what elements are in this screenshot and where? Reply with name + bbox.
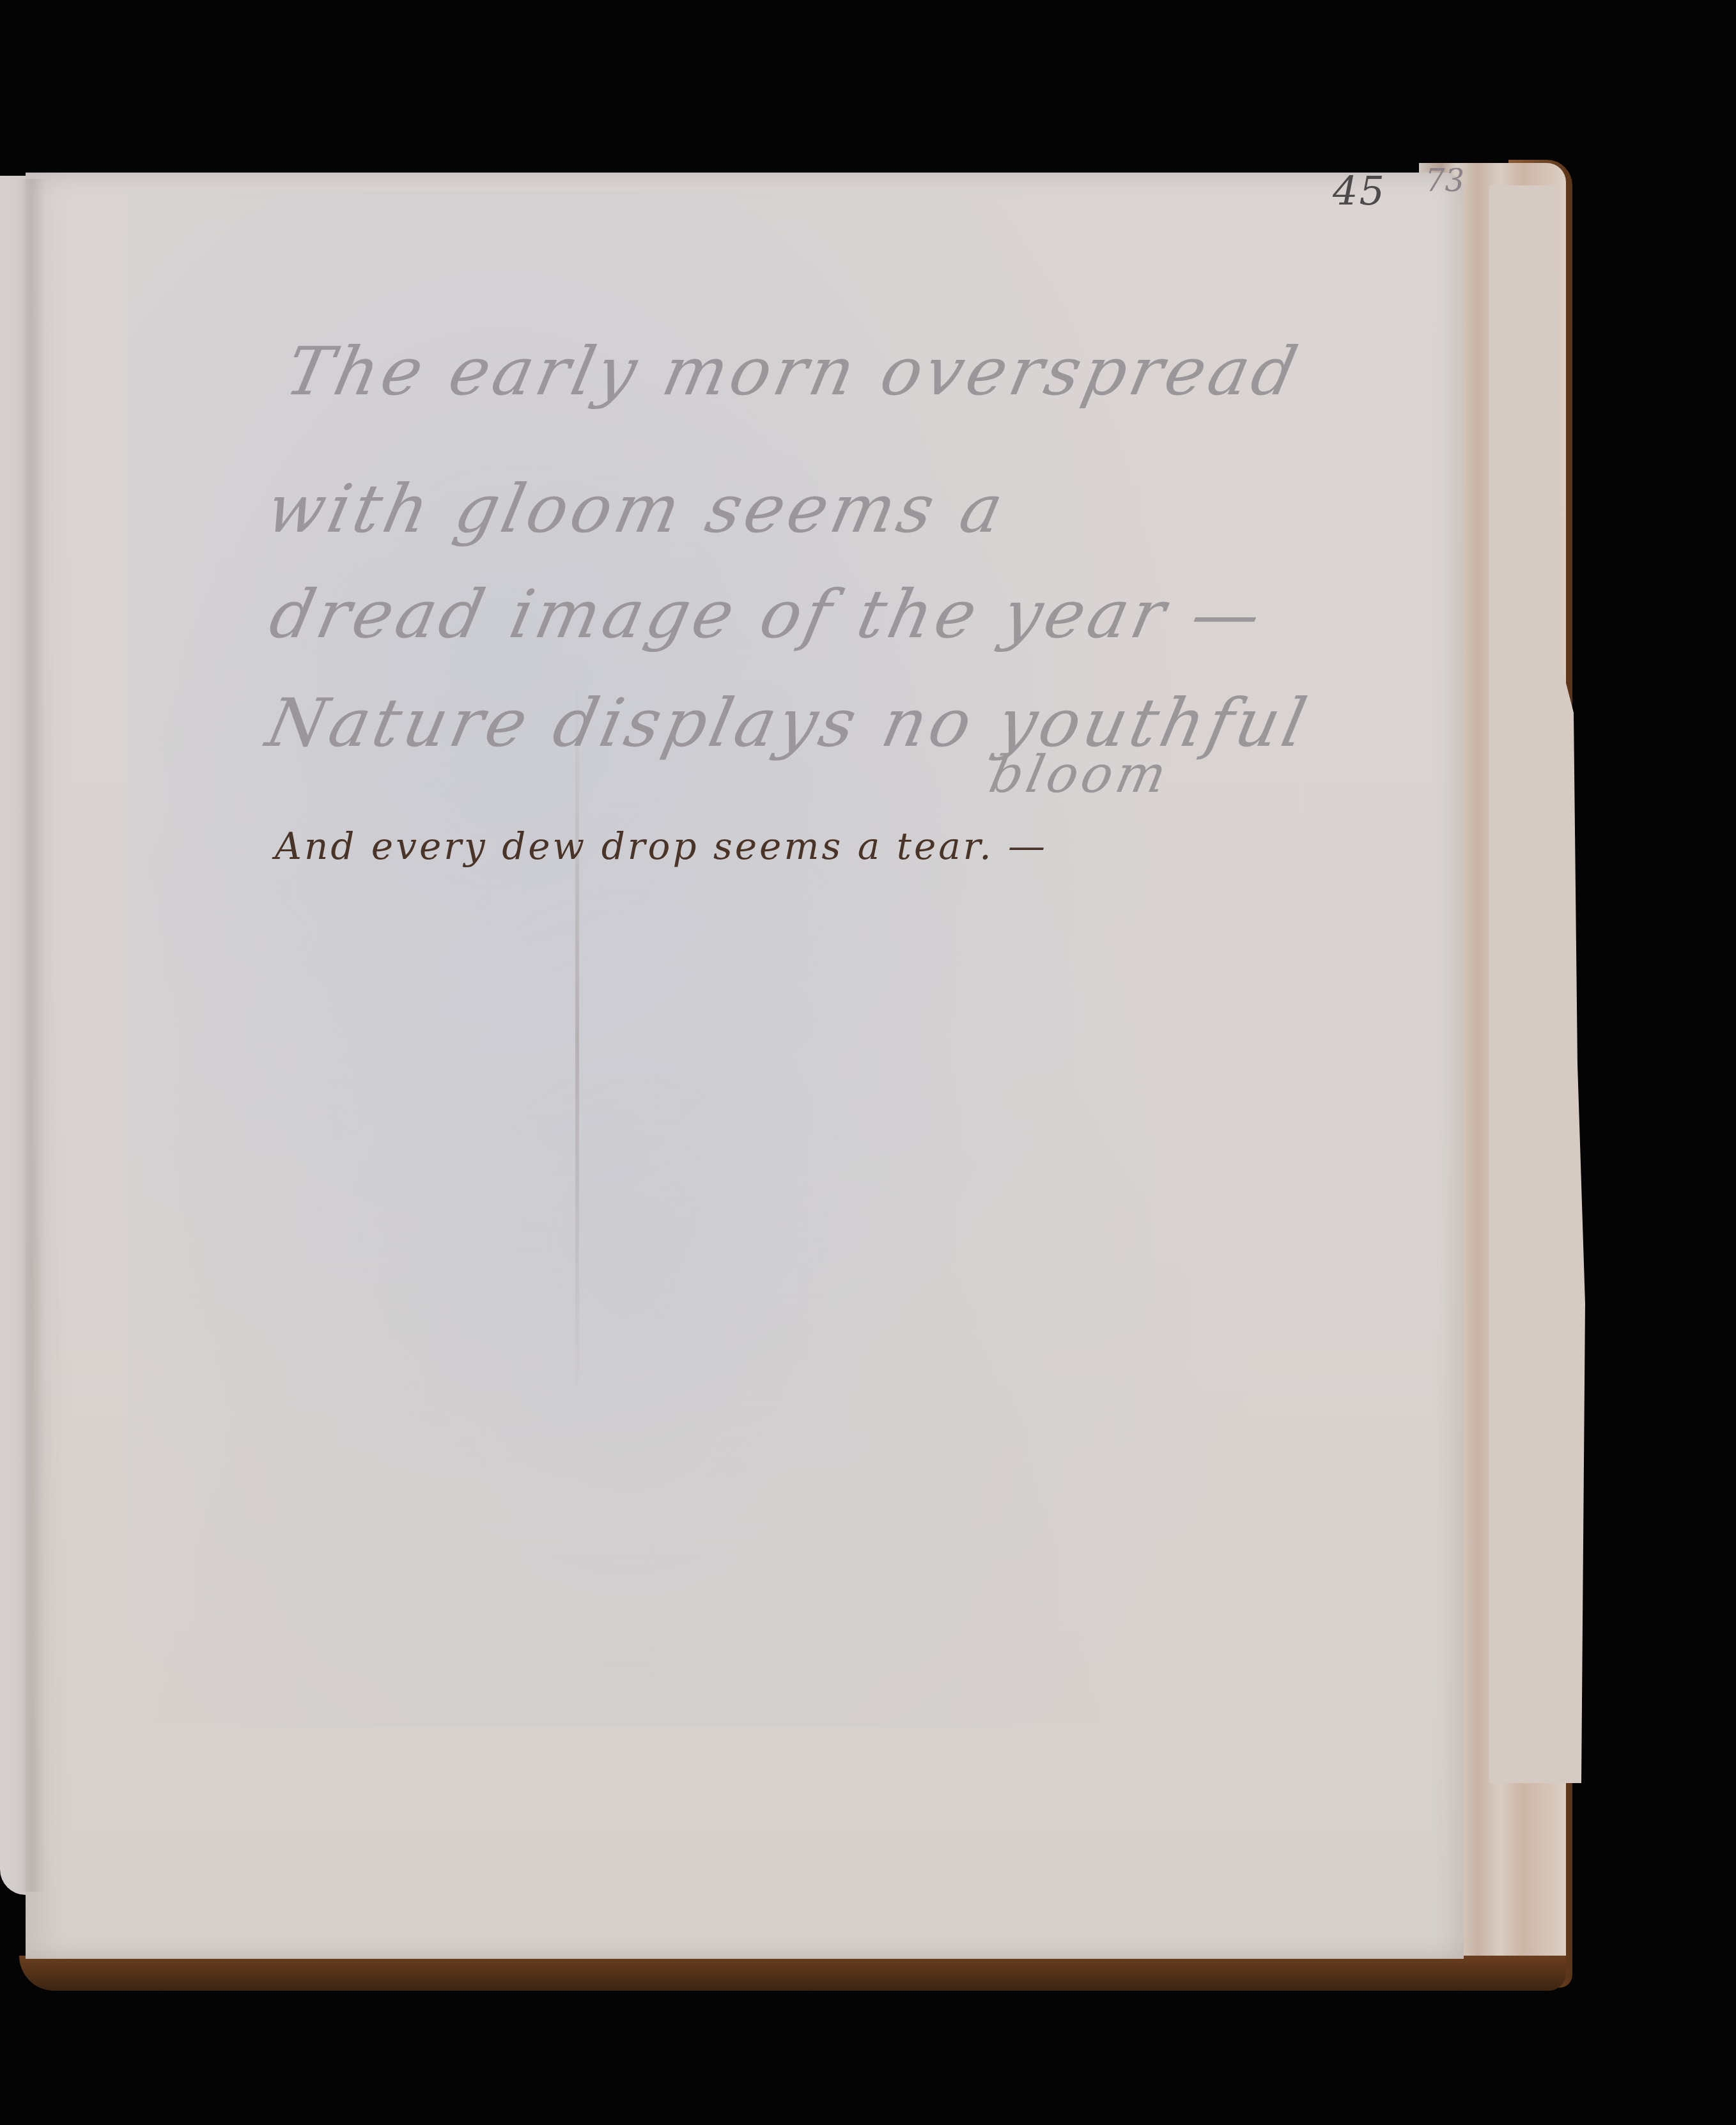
pencil-line-5: bloom [984,745,1175,804]
page-number-alt: 73 [1425,163,1464,199]
book-cover-bottom [19,1956,1566,1991]
page-crease [575,671,579,1406]
gutter-shadow [19,179,45,1892]
pencil-line-2: with gloom seems a [260,470,1013,548]
ink-line: And every dew drop seems a tear. — [275,824,1048,868]
pencil-line-1: The early morn overspread [279,332,1308,410]
pencil-line-3: dread image of the year — [263,575,1271,653]
page-number: 45 [1333,167,1386,214]
manuscript-page [26,173,1464,1959]
